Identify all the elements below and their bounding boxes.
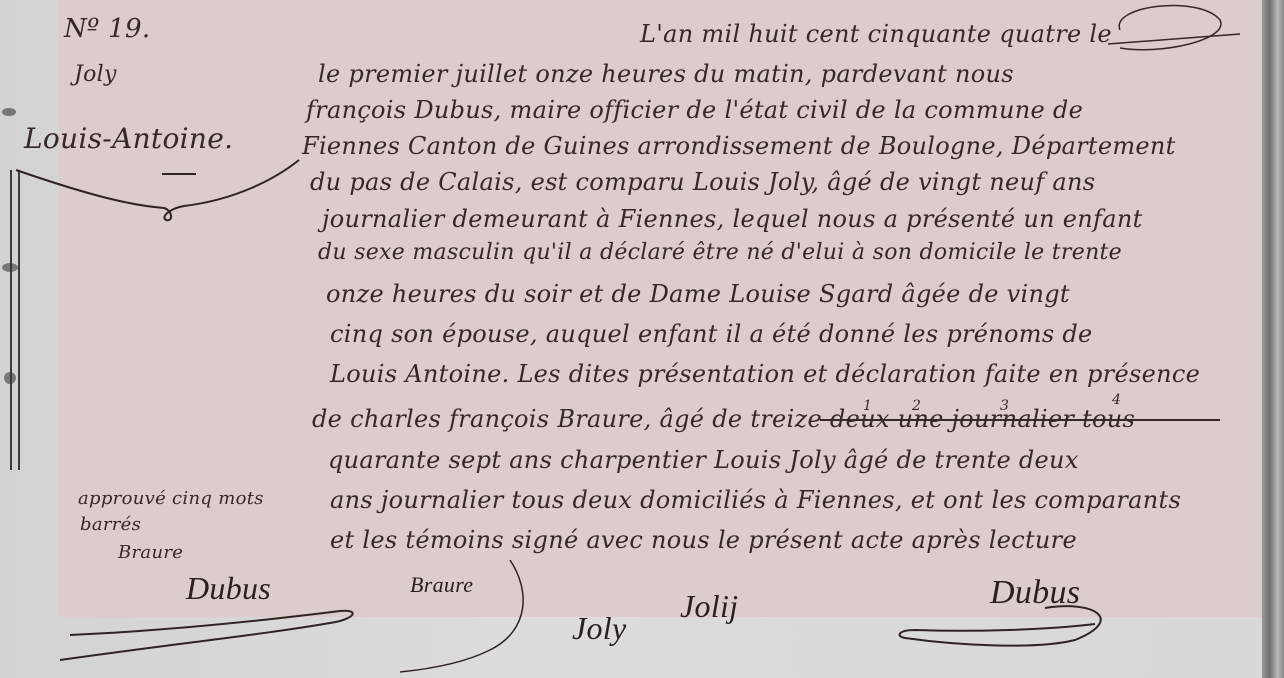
ink-blot — [4, 372, 16, 384]
body-line-14: et les témoins signé avec nous le présen… — [330, 526, 1077, 554]
body-line-8: onze heures du soir et de Dame Louise Sg… — [326, 280, 1070, 308]
signature-jolij: Jolij — [680, 588, 738, 625]
signature-flourish-icon — [60, 605, 360, 665]
body-line-1: L'an mil huit cent cinquante quatre le — [640, 20, 1112, 48]
correction-loop-icon — [1100, 0, 1250, 60]
signature-flourish-icon — [895, 600, 1145, 660]
body-line-2: le premier juillet onze heures du matin,… — [318, 60, 1014, 88]
correction-number-1: 1 — [863, 398, 872, 414]
body-line-10: Louis Antoine. Les dites présentation et… — [330, 360, 1200, 388]
body-line-6: journalier demeurant à Fiennes, lequel n… — [322, 205, 1143, 233]
body-line-5: du pas de Calais, est comparu Louis Joly… — [310, 168, 1095, 196]
ink-blot — [2, 108, 16, 116]
ink-blot — [2, 263, 18, 272]
body-line-7: du sexe masculin qu'il a déclaré être né… — [318, 240, 1122, 265]
highlighted-entry-region — [59, 0, 1265, 617]
body-line-12: quarante sept ans charpentier Louis Joly… — [328, 446, 1079, 474]
approval-note-line1: approuvé cinq mots — [78, 488, 264, 509]
signature-flourish-icon — [400, 560, 540, 678]
body-line-9: cinq son épouse, auquel enfant il a été … — [330, 320, 1093, 348]
body-line-4: Fiennes Canton de Guines arrondissement … — [302, 132, 1176, 160]
body-line-3: françois Dubus, maire officier de l'état… — [306, 96, 1083, 124]
entry-number: Nº 19. — [64, 14, 150, 44]
register-page: Nº 19. Joly Louis-Antoine. approuvé cinq… — [0, 0, 1284, 678]
signature-joly: Joly — [572, 610, 627, 647]
margin-flourish-icon — [14, 150, 314, 230]
margin-mayor-signature: Dubus — [186, 570, 271, 607]
page-binding-edge — [1262, 0, 1284, 678]
correction-number-2: 2 — [912, 398, 921, 414]
margin-surname: Joly — [74, 62, 117, 87]
body-line-13: ans journalier tous deux domiciliés à Fi… — [330, 486, 1181, 514]
strikethrough-line — [820, 419, 1220, 421]
correction-number-3: 3 — [1000, 398, 1009, 414]
approval-note-line2: barrés — [80, 514, 141, 535]
correction-number-4: 4 — [1112, 392, 1121, 408]
margin-initial-signature: Braure — [118, 542, 183, 563]
